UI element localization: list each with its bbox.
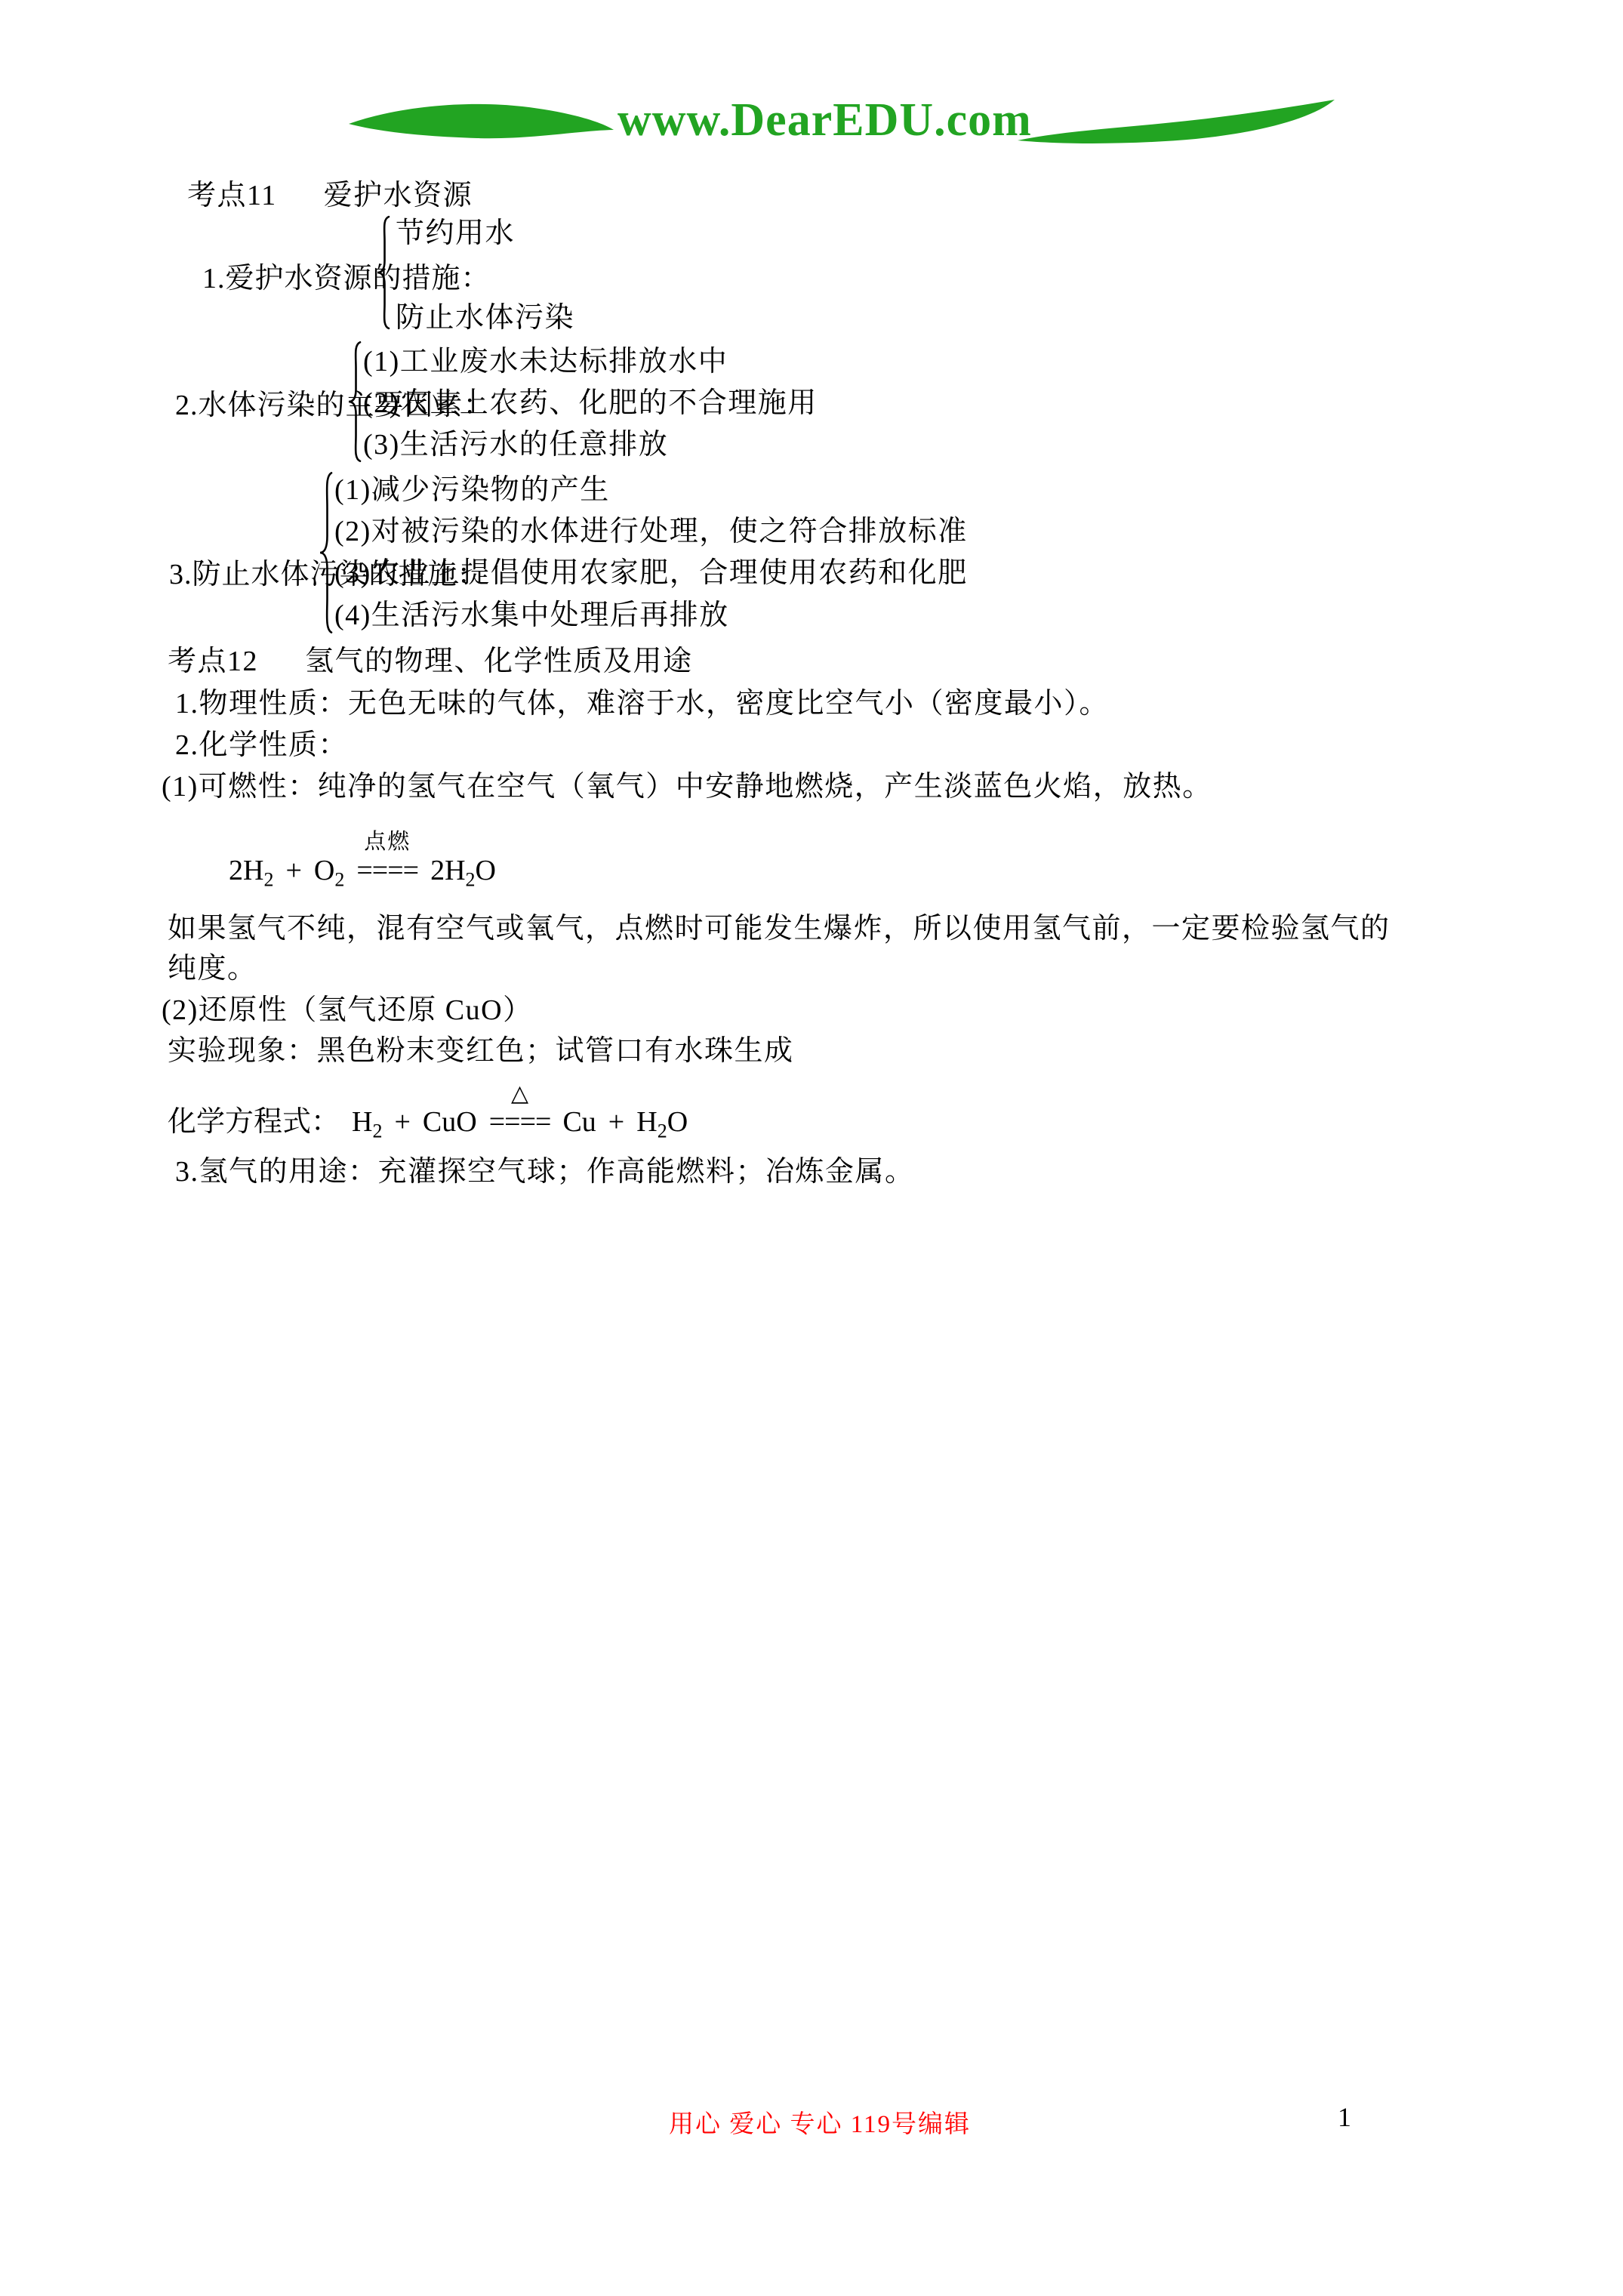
equation-text: O	[314, 855, 334, 886]
logo-text: www.DearEDU.com	[617, 97, 1032, 143]
equation-subscript: 2	[372, 1120, 382, 1142]
purity-warning-line2: 纯度。	[168, 953, 257, 986]
topic11-heading-title: 爱护水资源	[324, 180, 473, 213]
equation-subscript: 2	[658, 1120, 667, 1142]
topic11-heading-label: 考点11	[187, 180, 277, 213]
plus-sign: +	[285, 855, 301, 887]
logo-swoosh-left-icon	[347, 100, 615, 143]
reduction-property-line: (2)还原性（氢气还原 CuO）	[162, 994, 533, 1028]
group2-item: (1)工业废水未达标排放水中	[363, 346, 728, 379]
reaction-condition-stack: △ ====	[489, 1081, 551, 1139]
equation-text: O	[667, 1106, 688, 1138]
equation-term: O2	[314, 855, 344, 887]
equation-term: 2H2O	[430, 855, 496, 887]
group1-label: 1.爱护水资源的措施：	[202, 263, 491, 296]
equation-subscript: 2	[334, 868, 344, 890]
group3-brace-icon	[316, 470, 334, 636]
group3-item: (1)减少污染物的产生	[334, 474, 610, 507]
group1-brace-icon	[373, 214, 391, 331]
equation-text: H	[636, 1106, 657, 1138]
footer-note: 用心 爱心 专心 119号编辑	[669, 2104, 971, 2140]
group2-brace-icon	[344, 340, 362, 464]
topic12-heading: 考点12 氢气的物理、化学性质及用途	[168, 646, 693, 679]
equation-term: 2H2	[229, 855, 273, 887]
equation-term: H2O	[636, 1107, 688, 1139]
purity-warning-line1: 如果氢气不纯，混有空气或氧气，点燃时可能发生爆炸，所以使用氢气前，一定要检验氢气…	[168, 913, 1390, 946]
equation-subscript: 2	[466, 868, 476, 890]
equation-text: H	[352, 1106, 372, 1138]
logo-swoosh-right-icon	[1016, 98, 1336, 146]
reaction-condition: 点燃	[364, 831, 411, 855]
plus-sign: +	[608, 1107, 624, 1139]
group1-item: 防止水体污染	[396, 302, 574, 335]
equation-subscript: 2	[263, 868, 273, 890]
group1-item: 节约用水	[396, 217, 515, 251]
equation-text: 2H	[430, 855, 465, 886]
equation-term: Cu	[562, 1107, 596, 1139]
group2-item: (3)生活污水的任意排放	[363, 429, 668, 462]
equals-signs: ====	[356, 855, 418, 887]
hydrogen-combustion-equation: 2H2 + O2 点燃 ==== 2H2O	[229, 831, 496, 887]
physical-properties-line: 1.物理性质：无色无味的气体，难溶于水，密度比空气小（密度最小）。	[175, 688, 1109, 721]
group2-item: (2)农业上农药、化肥的不合理施用	[363, 387, 818, 421]
equation-term: CuO	[423, 1107, 477, 1139]
cuo-reduction-equation: 化学方程式： H2 + CuO △ ==== Cu + H2O	[168, 1081, 688, 1139]
equation-text: O	[476, 855, 496, 886]
equation-text: 2H	[229, 855, 263, 886]
page-number: 1	[1338, 2101, 1351, 2133]
reaction-condition-stack: 点燃 ====	[356, 831, 418, 887]
heat-condition-triangle: △	[511, 1081, 528, 1106]
group3-item: (3)农业上提倡使用农家肥，合理使用农药和化肥	[334, 557, 968, 590]
chemical-properties-line: 2.化学性质：	[175, 729, 348, 763]
document-page: www.DearEDU.com 考点11 爱护水资源 1.爱护水资源的措施： 节…	[0, 0, 1623, 2296]
topic12-heading-label: 考点12	[168, 646, 258, 679]
hydrogen-uses-line: 3.氢气的用途：充灌探空气球；作高能燃料；冶炼金属。	[175, 1156, 915, 1189]
topic11-heading: 考点11 爱护水资源	[187, 180, 473, 213]
group3-item: (4)生活污水集中处理后再排放	[334, 599, 729, 633]
equation-label: 化学方程式：	[168, 1107, 340, 1139]
equation-term: H2	[352, 1107, 382, 1139]
plus-sign: +	[394, 1107, 410, 1139]
equals-signs: ====	[489, 1107, 551, 1139]
topic12-heading-title: 氢气的物理、化学性质及用途	[305, 646, 693, 679]
flammability-line: (1)可燃性：纯净的氢气在空气（氧气）中安静地燃烧，产生淡蓝色火焰，放热。	[162, 771, 1212, 804]
experiment-phenomenon-line: 实验现象：黑色粉末变红色；试管口有水珠生成	[168, 1035, 794, 1068]
group3-item: (2)对被污染的水体进行处理，使之符合排放标准	[334, 516, 968, 549]
